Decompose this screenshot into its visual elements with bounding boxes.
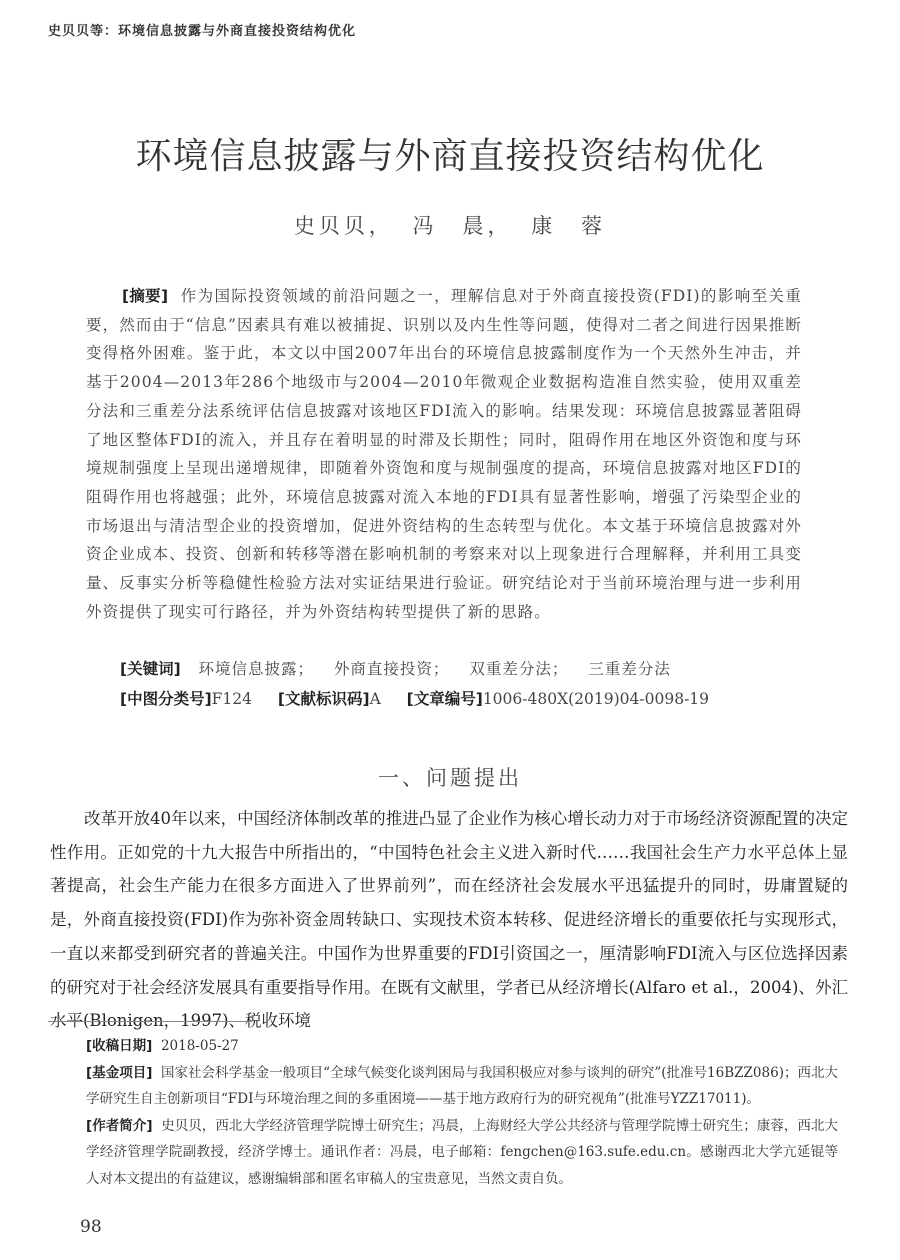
author-list: 史贝贝， 冯 晨， 康 蓉 bbox=[0, 210, 900, 240]
keywords: [关键词] 环境信息披露； 外商直接投资； 双重差分法； 三重差分法 bbox=[120, 657, 685, 679]
keyword: 双重差分法； bbox=[469, 660, 568, 678]
article-no-value: 1006-480X(2019)04-0098-19 bbox=[483, 690, 709, 708]
keyword: 三重差分法 bbox=[588, 660, 671, 678]
section-heading: 一、问题提出 bbox=[0, 762, 900, 792]
body-text: 改革开放40年以来，中国经济体制改革的推进凸显了企业作为核心增长动力对于市场经济… bbox=[50, 802, 848, 1038]
received-label: [收稿日期] bbox=[86, 1038, 152, 1054]
footnotes: [收稿日期] 2018-05-27 [基金项目] 国家社会科学基金一般项目“全球… bbox=[86, 1033, 838, 1192]
authors-bio-label: [作者简介] bbox=[86, 1118, 153, 1134]
classification-line: [中图分类号]F124 [文献标识码]A [文章编号]1006-480X(201… bbox=[120, 687, 709, 709]
authors-bio-value: 史贝贝，西北大学经济管理学院博士研究生；冯晨，上海财经大学公共经济与管理学院博士… bbox=[86, 1118, 838, 1187]
footnote-divider bbox=[48, 1021, 248, 1022]
footnote-received: [收稿日期] 2018-05-27 bbox=[86, 1033, 838, 1060]
author-name: 冯 晨， bbox=[413, 214, 513, 238]
clc-label: [中图分类号] bbox=[120, 690, 212, 708]
author-name: 康 蓉 bbox=[531, 214, 606, 238]
article-no-label: [文章编号] bbox=[407, 690, 483, 708]
abstract: [摘要] 作为国际投资领域的前沿问题之一，理解信息对于外商直接投资(FDI)的影… bbox=[86, 282, 802, 626]
footnote-authors: [作者简介] 史贝贝，西北大学经济管理学院博士研究生；冯晨，上海财经大学公共经济… bbox=[86, 1113, 838, 1193]
abstract-label: [摘要] bbox=[122, 287, 168, 305]
doc-code-label: [文献标识码] bbox=[278, 690, 370, 708]
page-number: 98 bbox=[80, 1217, 102, 1237]
keywords-label: [关键词] bbox=[120, 660, 181, 678]
clc-value: F124 bbox=[212, 690, 252, 708]
author-name: 史贝贝， bbox=[294, 214, 394, 238]
doc-code-value: A bbox=[370, 690, 381, 708]
fund-value: 国家社会科学基金一般项目“全球气候变化谈判困局与我国积极应对参与谈判的研究”(批… bbox=[86, 1065, 838, 1108]
fund-label: [基金项目] bbox=[86, 1065, 152, 1081]
keyword: 环境信息披露； bbox=[198, 660, 314, 678]
running-head: 史贝贝等：环境信息披露与外商直接投资结构优化 bbox=[48, 20, 356, 39]
received-value: 2018-05-27 bbox=[161, 1038, 239, 1054]
abstract-text: 作为国际投资领域的前沿问题之一，理解信息对于外商直接投资(FDI)的影响至关重要… bbox=[86, 287, 802, 621]
body-paragraph: 改革开放40年以来，中国经济体制改革的推进凸显了企业作为核心增长动力对于市场经济… bbox=[50, 802, 848, 1038]
keyword: 外商直接投资； bbox=[334, 660, 450, 678]
footnote-fund: [基金项目] 国家社会科学基金一般项目“全球气候变化谈判困局与我国积极应对参与谈… bbox=[86, 1060, 838, 1113]
article-title: 环境信息披露与外商直接投资结构优化 bbox=[0, 128, 900, 179]
